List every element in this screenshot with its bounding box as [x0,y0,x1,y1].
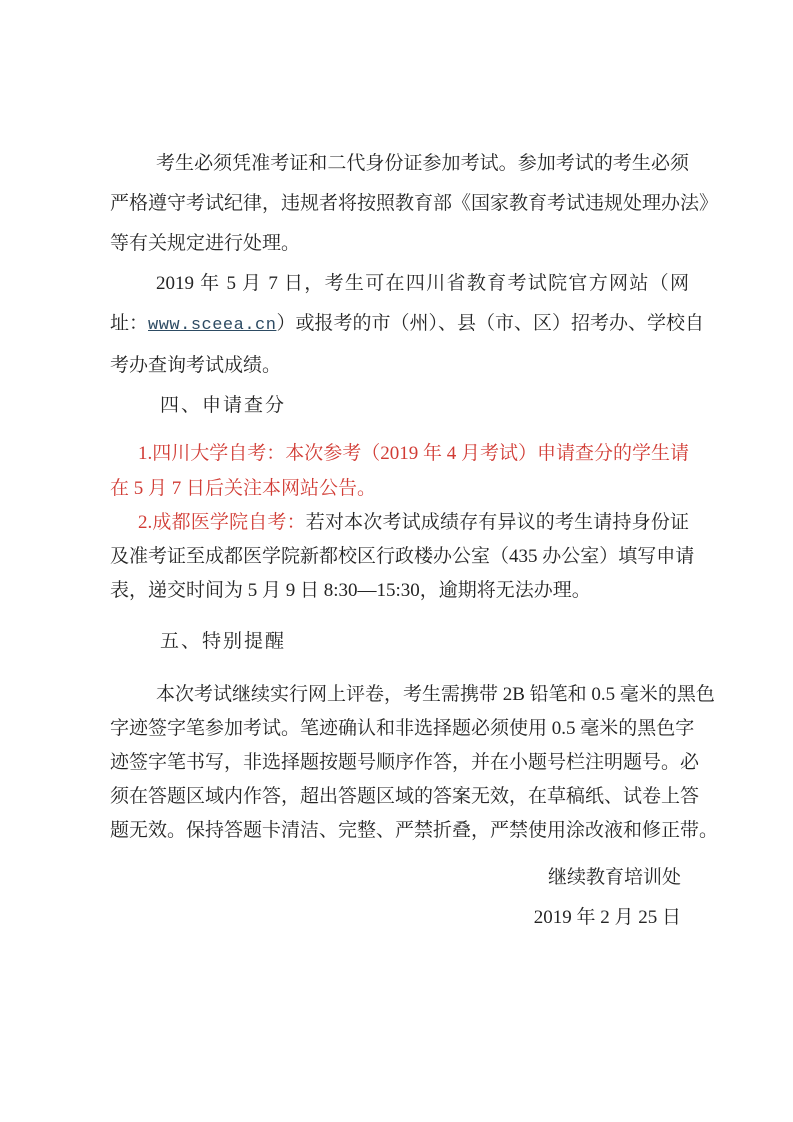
text-line: 严格遵守考试纪律，违规者将按照教育部《国家教育考试违规处理办法》 [110,184,689,224]
text-line: 考办查询考试成绩。 [110,346,689,386]
sceea-website-link[interactable]: www.sceea.cn [148,316,276,335]
text-segment: 若对本次考试成绩存有异议的考生请持身份证 [306,512,689,533]
text-line: 1.四川大学自考：本次参考（2019 年 4 月考试）申请查分的学生请 [110,436,689,471]
text-line: 考生必须凭准考证和二代身份证参加考试。参加考试的考生必须 [110,144,689,184]
text-line: 本次考试继续实行网上评卷，考生需携带 2B 铅笔和 0.5 毫米的黑色 [110,678,689,712]
text-segment: 址： [110,313,148,334]
document-page: 考生必须凭准考证和二代身份证参加考试。参加考试的考生必须 严格遵守考试纪律，违规… [0,0,793,1122]
paragraph-score-query: 2019 年 5 月 7 日，考生可在四川省教育考试院官方网站（网 址：www.… [110,264,689,386]
section-heading-apply-recheck: 四、申请查分 [110,386,689,426]
text-line: 等有关规定进行处理。 [110,224,689,264]
paragraph-special-reminder: 本次考试继续实行网上评卷，考生需携带 2B 铅笔和 0.5 毫米的黑色 字迹签字… [110,678,689,848]
text-line: 迹签字笔书写，非选择题按题号顺序作答，并在小题号栏注明题号。必 [110,746,689,780]
text-line: 在 5 月 7 日后关注本网站公告。 [110,471,689,506]
signature-department: 继续教育培训处 [110,858,681,898]
signature-block: 继续教育培训处 2019 年 2 月 25 日 [110,858,689,938]
list-item-chengdu-medical-college: 2.成都医学院自考：若对本次考试成绩存有异议的考生请持身份证 及准考证至成都医学… [110,506,689,608]
text-segment: ）或报考的市（州）、县（市、区）招考办、学校自 [276,313,704,334]
text-line: 及准考证至成都医学院新都校区行政楼办公室（435 办公室）填写申请 [110,540,689,574]
text-line: 表，递交时间为 5 月 9 日 8:30—15:30，逾期将无法办理。 [110,574,689,608]
text-line: 须在答题区域内作答，超出答题区域的答案无效，在草稿纸、试卷上答 [110,780,689,814]
item-label-red: 2.成都医学院自考： [138,512,306,533]
text-line: 题无效。保持答题卡清洁、完整、严禁折叠，严禁使用涂改液和修正带。 [110,814,689,848]
paragraph-exam-rules: 考生必须凭准考证和二代身份证参加考试。参加考试的考生必须 严格遵守考试纪律，违规… [110,144,689,264]
signature-date: 2019 年 2 月 25 日 [110,898,681,938]
section-heading-special-reminder: 五、特别提醒 [110,622,689,662]
text-line-with-link: 址：www.sceea.cn）或报考的市（州）、县（市、区）招考办、学校自 [110,304,689,346]
text-line-mixed: 2.成都医学院自考：若对本次考试成绩存有异议的考生请持身份证 [110,506,689,540]
list-item-sichuan-university: 1.四川大学自考：本次参考（2019 年 4 月考试）申请查分的学生请 在 5 … [110,436,689,506]
text-line: 字迹签字笔参加考试。笔迹确认和非选择题必须使用 0.5 毫米的黑色字 [110,712,689,746]
text-line: 2019 年 5 月 7 日，考生可在四川省教育考试院官方网站（网 [110,264,689,304]
